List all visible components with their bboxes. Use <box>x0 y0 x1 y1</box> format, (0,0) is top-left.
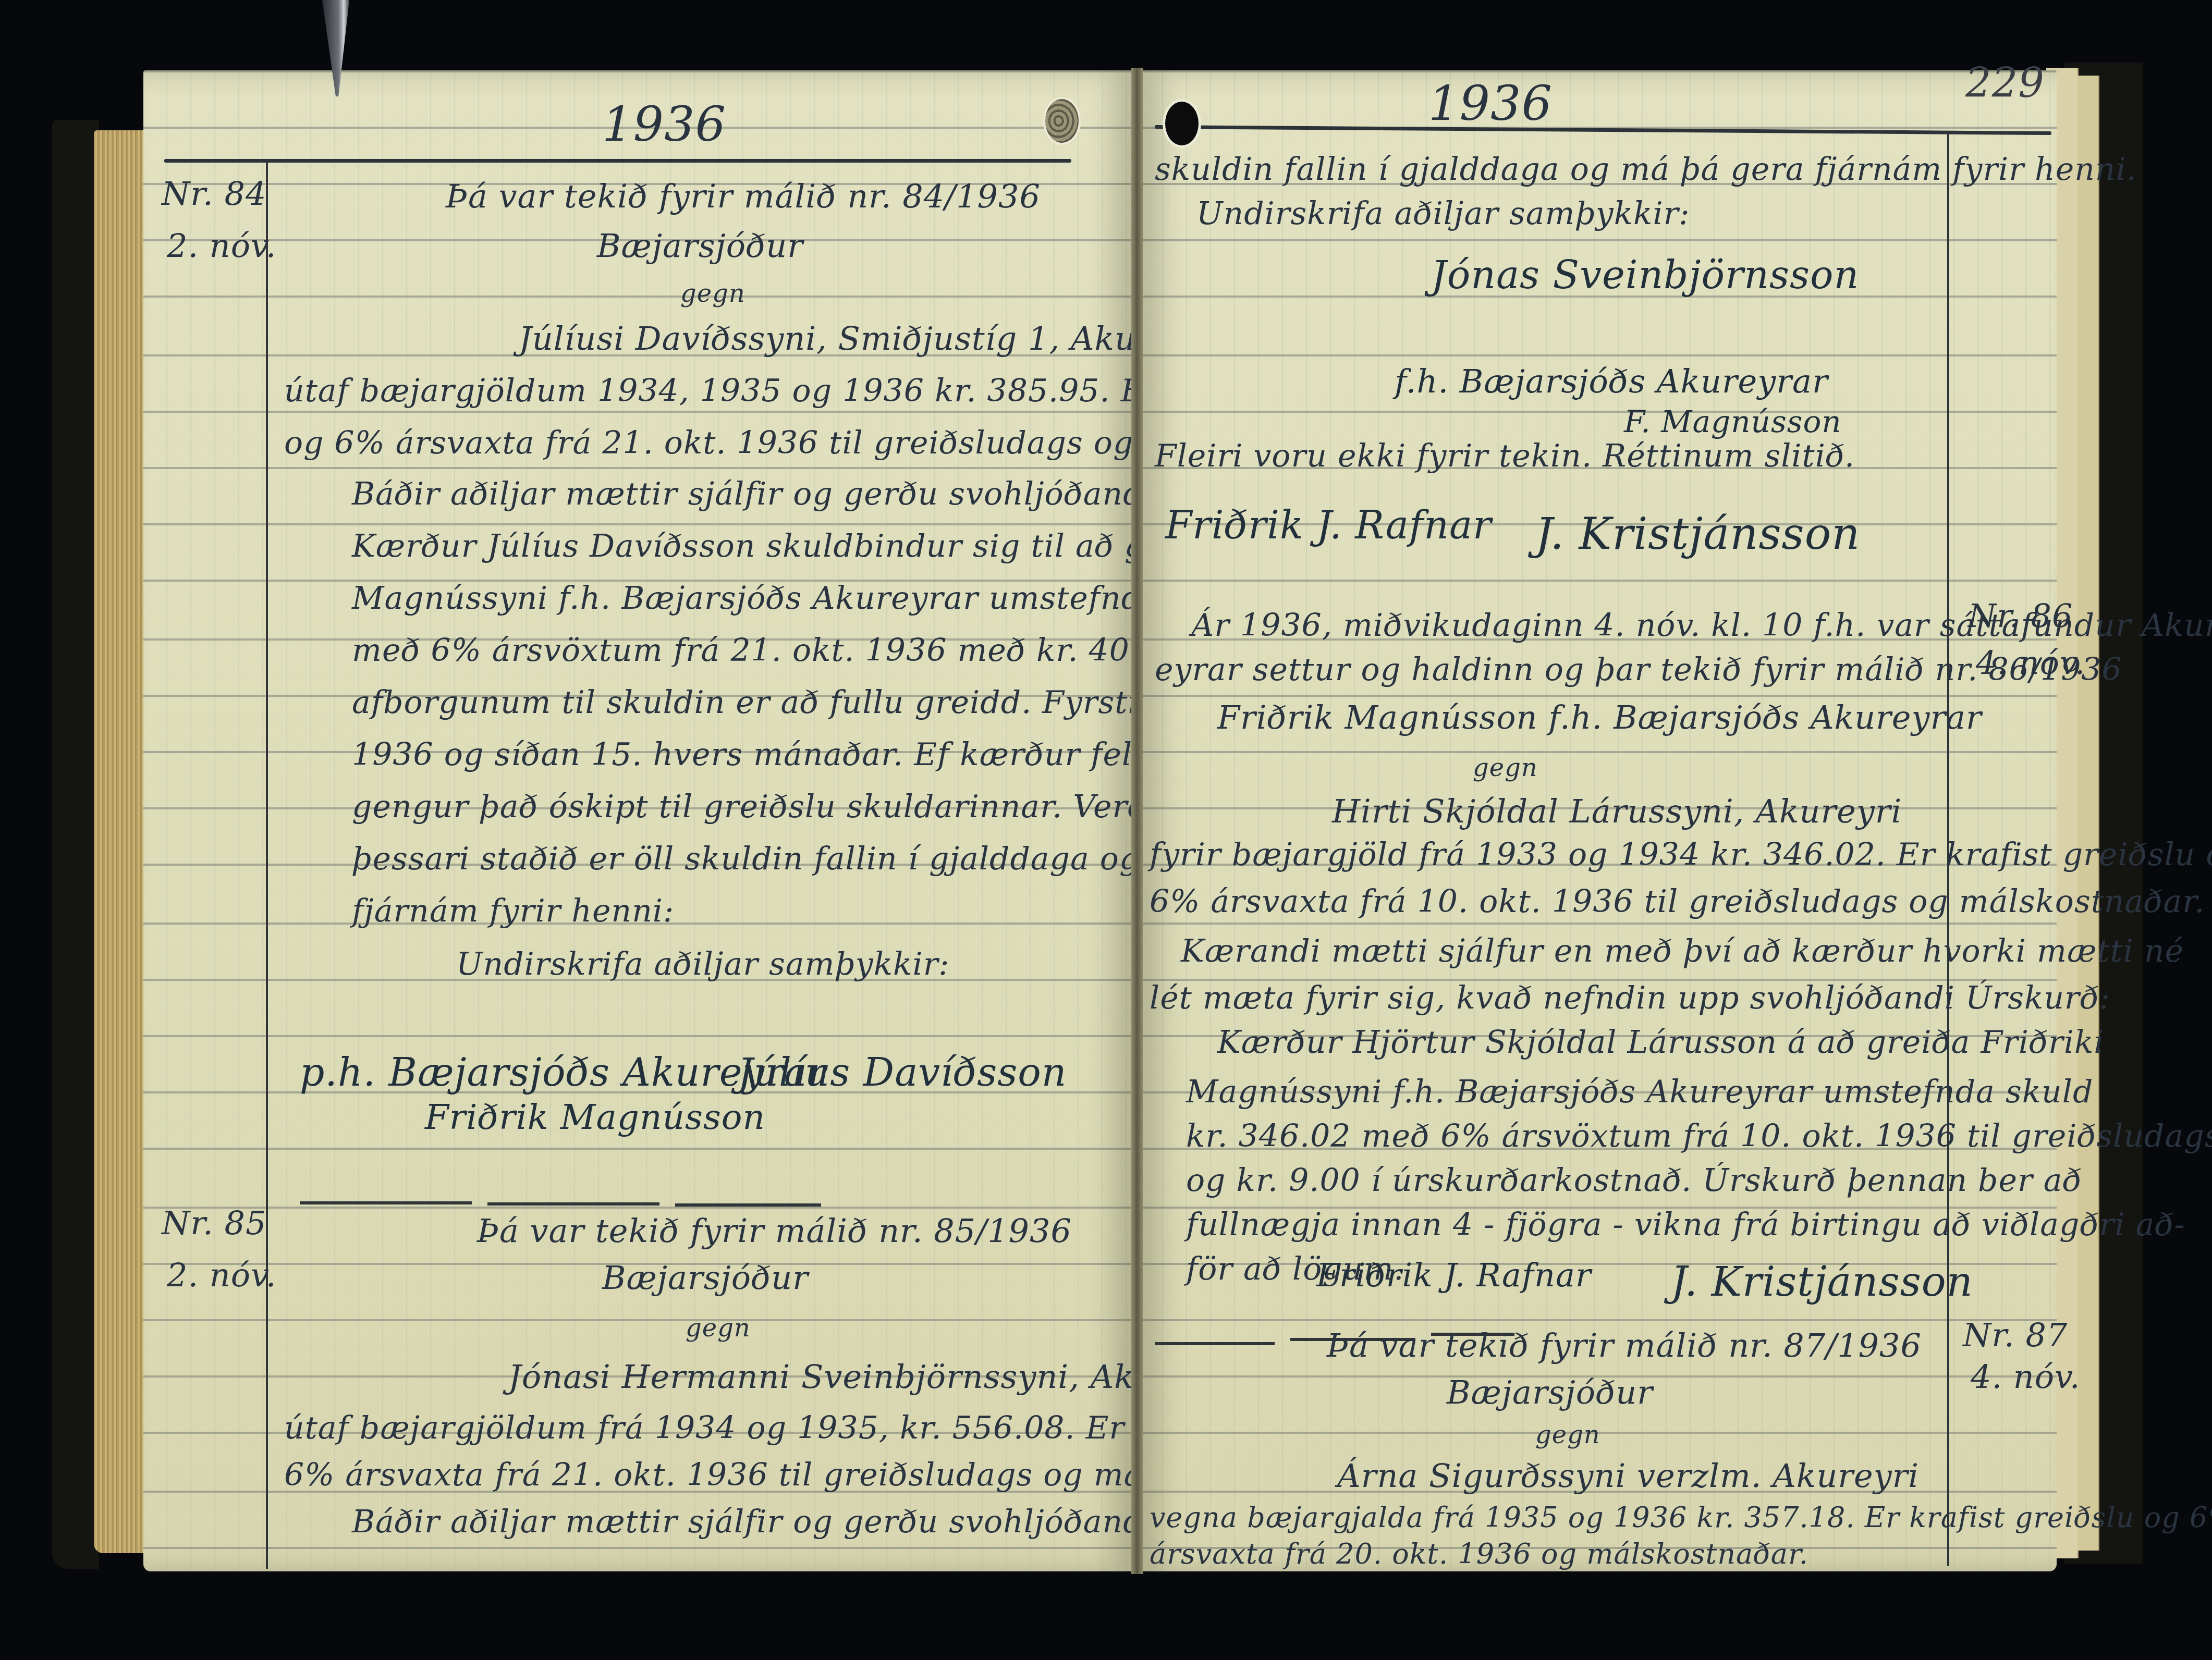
official-signature: J. Kristjánsson <box>1671 1259 1973 1306</box>
text-line: skuldin fallin í gjalddaga og má þá gera… <box>1155 151 2137 188</box>
book-cover-left <box>52 120 99 1569</box>
signature: f.h. Bæjarsjóðs Akureyrar <box>1395 362 1828 400</box>
binding-hole <box>1045 99 1079 143</box>
text-line: Undirskrifa aðiljar samþykkir: <box>1196 195 1690 232</box>
text-line: Ár 1936, miðvikudaginn 4. nóv. kl. 10 f.… <box>1191 607 2212 644</box>
case-date: 2. nóv. <box>167 1256 277 1294</box>
text-line: Magnússyni f.h. Bæjarsjóðs Akureyrar ums… <box>1186 1074 2093 1110</box>
closing-line: Fleiri voru ekki fyrir tekin. Réttinum s… <box>1155 438 1855 474</box>
entry-separator <box>300 1201 472 1204</box>
plaintiff: Friðrik Magnússon f.h. Bæjarsjóðs Akurey… <box>1217 698 1982 736</box>
entry-heading: Þá var tekið fyrir málið nr. 85/1936 <box>477 1212 1072 1250</box>
text-line: eyrar settur og haldinn og þar tekið fyr… <box>1155 651 2122 688</box>
text-line: og kr. 9.00 í úrskurðarkostnað. Úrskurð … <box>1186 1162 2082 1199</box>
text-line: Báðir aðiljar mættir sjálfir og gerðu sv… <box>352 476 1238 512</box>
gegn: gegn <box>1535 1420 1600 1449</box>
text-line: Báðir aðiljar mættir sjálfir og gerðu sv… <box>352 1504 1238 1540</box>
next-leaf-2 <box>2077 76 2099 1551</box>
header-rule <box>1155 125 2051 135</box>
case-date: 4. nóv. <box>1971 1358 2081 1396</box>
case-number: Nr. 87 <box>1963 1316 2068 1354</box>
text-line: lét mæta fyrir sig, kvað nefndin upp svo… <box>1150 980 2110 1016</box>
text-line: vegna bæjargjalda frá 1935 og 1936 kr. 3… <box>1150 1501 2212 1534</box>
case-date: 2. nóv. <box>167 227 277 265</box>
case-number: Nr. 85 <box>162 1204 266 1242</box>
defendant: Árna Sigurðssyni verzlm. Akureyri <box>1337 1457 1919 1495</box>
gegn: gegn <box>1473 753 1538 782</box>
plaintiff: Bæjarsjóður <box>597 227 803 265</box>
defendant: Jónasi Hermanni Sveinbjörnssyni, Akureyr… <box>508 1358 1237 1396</box>
signature: Friðrik Magnússon <box>425 1097 765 1137</box>
page-number: 229 <box>1965 60 2045 107</box>
defendant: Hirti Skjóldal Lárussyni, Akureyri <box>1332 792 1902 830</box>
text-line: 6% ársvaxta frá 10. okt. 1936 til greiðs… <box>1150 883 2205 920</box>
official-signature: Friðrik J. Rafnar <box>1316 1256 1592 1294</box>
year-header: 1936 <box>602 96 726 152</box>
gegn: gegn <box>686 1313 751 1343</box>
gegn: gegn <box>680 279 746 308</box>
text-line: fullnægja innan 4 - fjögra - vikna frá b… <box>1186 1207 2185 1243</box>
defendant: Júlíusi Davíðssyni, Smiðjustíg 1, Akurey… <box>519 319 1217 358</box>
book-gutter <box>1131 68 1143 1574</box>
signature: Jónas Sveinbjörnsson <box>1431 253 1859 298</box>
header-rule <box>164 159 1071 163</box>
text-line: fjárnám fyrir henni: <box>352 893 674 929</box>
text-line: kr. 346.02 með 6% ársvöxtum frá 10. okt.… <box>1186 1118 2212 1154</box>
entry-heading: Þá var tekið fyrir málið nr. 84/1936 <box>446 177 1041 215</box>
signature: F. Magnússon <box>1624 404 1842 439</box>
text-line: ársvaxta frá 20. okt. 1936 og málskostna… <box>1150 1538 1808 1570</box>
page-stack-edge <box>94 130 143 1553</box>
margin-column-divider <box>266 162 268 1569</box>
text-line: Undirskrifa aðiljar samþykkir: <box>456 946 950 982</box>
entry-heading: Þá var tekið fyrir málið nr. 87/1936 <box>1327 1326 1922 1364</box>
binding-hole <box>1165 102 1199 145</box>
right-page: 1936 229 skuldin fallin í gjalddaga og m… <box>1139 70 2057 1571</box>
text-line: fyrir bæjargjöld frá 1933 og 1934 kr. 34… <box>1150 837 2212 873</box>
plaintiff: Bæjarsjóður <box>1447 1373 1653 1411</box>
official-signature: Friðrik J. Rafnar <box>1165 503 1492 548</box>
entry-separator <box>487 1202 659 1206</box>
text-line: Kærður Hjörtur Skjóldal Lárusson á að gr… <box>1217 1024 2104 1061</box>
year-header: 1936 <box>1428 76 1553 131</box>
entry-separator <box>1155 1342 1275 1345</box>
plaintiff: Bæjarsjóður <box>602 1259 809 1297</box>
text-line: Kærandi mætti sjálfur en með því að kærð… <box>1181 933 2184 969</box>
signature: Júlíus Davíðsson <box>738 1050 1067 1095</box>
official-signature: J. Kristjánsson <box>1535 508 1860 559</box>
case-number: Nr. 84 <box>162 175 266 213</box>
entry-separator <box>675 1203 821 1207</box>
left-page: 1936 Nr. 84 2. nóv. Þá var tekið fyrir m… <box>143 70 1134 1571</box>
